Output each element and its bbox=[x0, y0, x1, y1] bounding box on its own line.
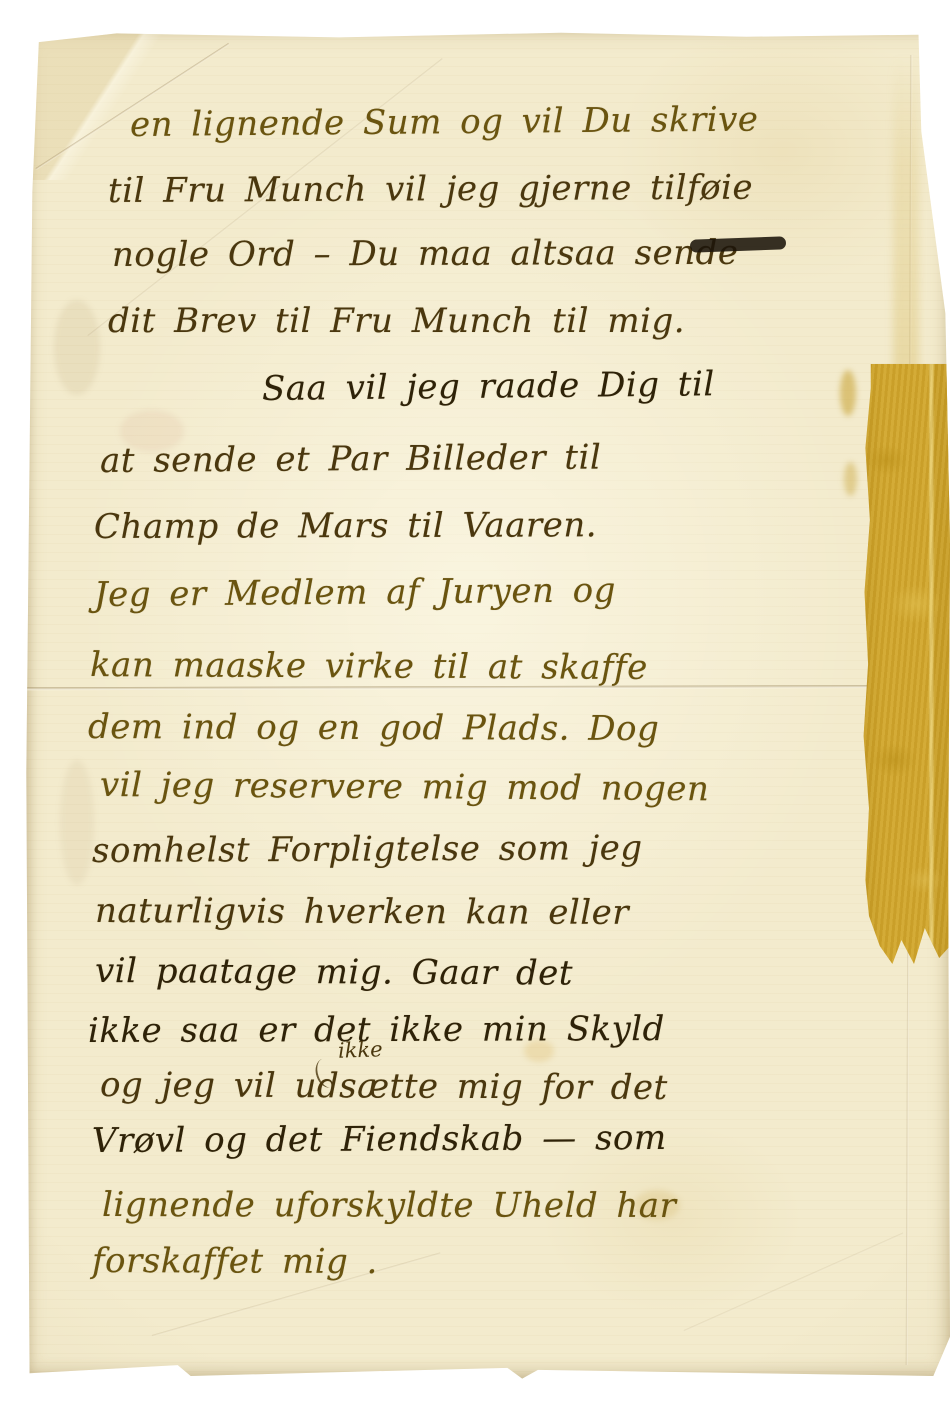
letter-line: Vrøvl og det Fiendskab — som bbox=[92, 1121, 667, 1158]
letter-line: Champ de Mars til Vaaren. bbox=[94, 508, 597, 544]
letter-page: en lignende Sum og vil Du skrive til Fru… bbox=[24, 30, 950, 1380]
letter-line: nogle Ord – Du maa altsaa sende bbox=[112, 236, 739, 272]
letter-line: forskaffet mig . bbox=[92, 1244, 378, 1279]
letter-line: til Fru Munch vil jeg gjerne tilføie bbox=[108, 171, 753, 208]
letter-line: en lignende Sum og vil Du skrive bbox=[130, 103, 759, 142]
letter-line: somhelst Forpligtelse som jeg bbox=[92, 831, 643, 868]
letter-line: lignende uforskyldte Uheld har bbox=[102, 1188, 676, 1223]
letter-line: dit Brev til Fru Munch til mig. bbox=[108, 304, 685, 338]
letter-line: at sende et Par Billeder til bbox=[100, 441, 601, 478]
letter-line: naturligvis hverken kan eller bbox=[95, 894, 629, 930]
letter-line: Jeg er Medlem af Juryen og bbox=[94, 573, 616, 612]
letter-line: kan maaske virke til at skaffe bbox=[90, 648, 648, 685]
letter-line: vil jeg reservere mig mod nogen bbox=[100, 768, 710, 806]
scan-background: en lignende Sum og vil Du skrive til Fru… bbox=[0, 0, 950, 1425]
letter-line: vil paatage mig. Gaar det bbox=[95, 954, 573, 991]
letter-line: Saa vil jeg raade Dig til bbox=[262, 367, 715, 406]
inserted-word: ikke bbox=[338, 1037, 383, 1063]
ink-overstroke bbox=[690, 236, 786, 252]
handwriting-layer: en lignende Sum og vil Du skrive til Fru… bbox=[24, 30, 950, 1380]
letter-line: dem ind og en god Plads. Dog bbox=[88, 710, 659, 746]
letter-line: og jeg vil udsætte mig for det bbox=[100, 1068, 668, 1105]
